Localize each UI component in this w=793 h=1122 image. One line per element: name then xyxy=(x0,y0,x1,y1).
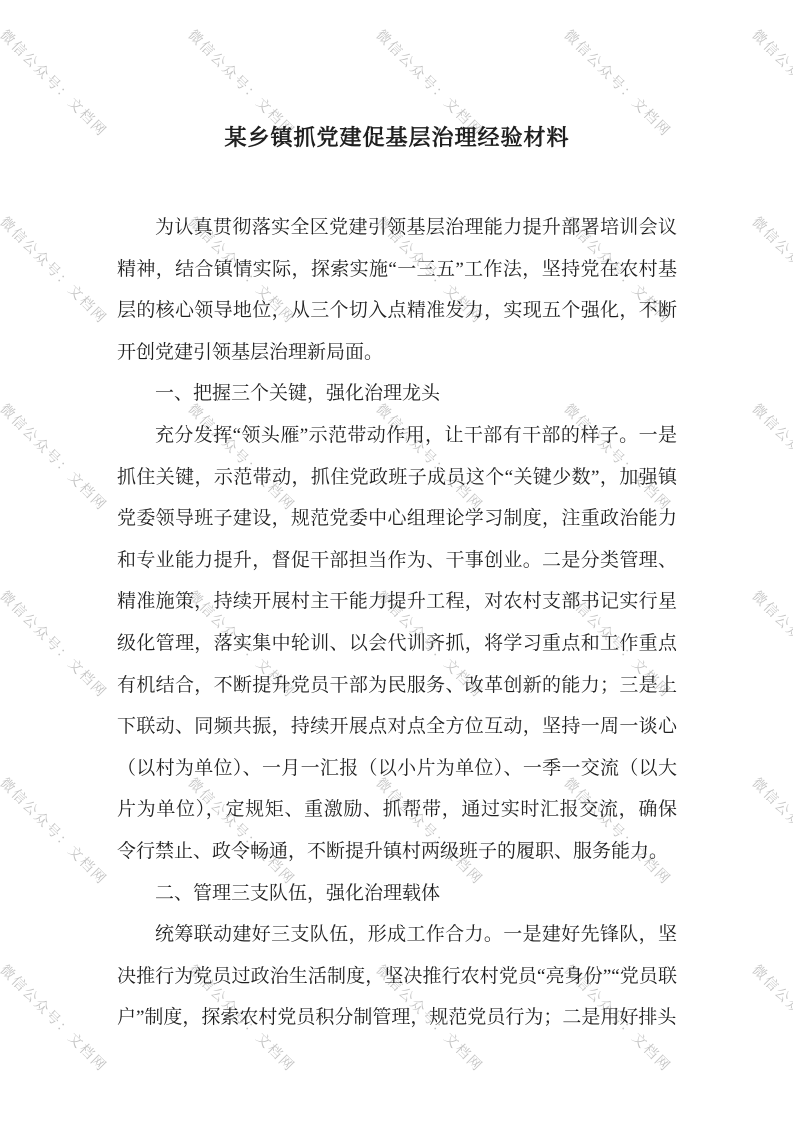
watermark-text: 微信公众号：文档网 xyxy=(0,25,112,141)
watermark-text: 微信公众号：文档网 xyxy=(748,586,793,702)
paragraph: 为认真贯彻落实全区党建引领基层治理能力提升部署培训会议精神，结合镇情实际，探索实… xyxy=(117,207,677,373)
watermark-text: 微信公众号：文档网 xyxy=(0,586,112,702)
document-body: 为认真贯彻落实全区党建引领基层治理能力提升部署培训会议精神，结合镇情实际，探索实… xyxy=(117,207,677,1039)
watermark-text: 微信公众号：文档网 xyxy=(748,399,793,515)
watermark-text: 微信公众号：文档网 xyxy=(0,960,112,1076)
section-heading: 一、把握三个关键，强化治理龙头 xyxy=(117,373,677,415)
paragraph: 充分发挥“领头雁”示范带动作用，让干部有干部的样子。一是抓住关键，示范带动，抓住… xyxy=(117,415,677,873)
paragraph: 统筹联动建好三支队伍，形成工作合力。一是建好先锋队，坚决推行为党员过政治生活制度… xyxy=(117,914,677,1039)
watermark-text: 微信公众号：文档网 xyxy=(0,399,112,515)
watermark-text: 微信公众号：文档网 xyxy=(748,773,793,889)
document-title: 某乡镇抓党建促基层治理经验材料 xyxy=(117,0,677,150)
document-page: 微信公众号：文档网微信公众号：文档网微信公众号：文档网微信公众号：文档网微信公众… xyxy=(0,0,793,1122)
watermark-text: 微信公众号：文档网 xyxy=(0,212,112,328)
document-content: 某乡镇抓党建促基层治理经验材料 为认真贯彻落实全区党建引领基层治理能力提升部署培… xyxy=(117,0,677,1039)
watermark-text: 微信公众号：文档网 xyxy=(748,212,793,328)
watermark-text: 微信公众号：文档网 xyxy=(0,773,112,889)
watermark-text: 微信公众号：文档网 xyxy=(748,25,793,141)
section-heading: 二、管理三支队伍，强化治理载体 xyxy=(117,873,677,915)
watermark-text: 微信公众号：文档网 xyxy=(748,960,793,1076)
